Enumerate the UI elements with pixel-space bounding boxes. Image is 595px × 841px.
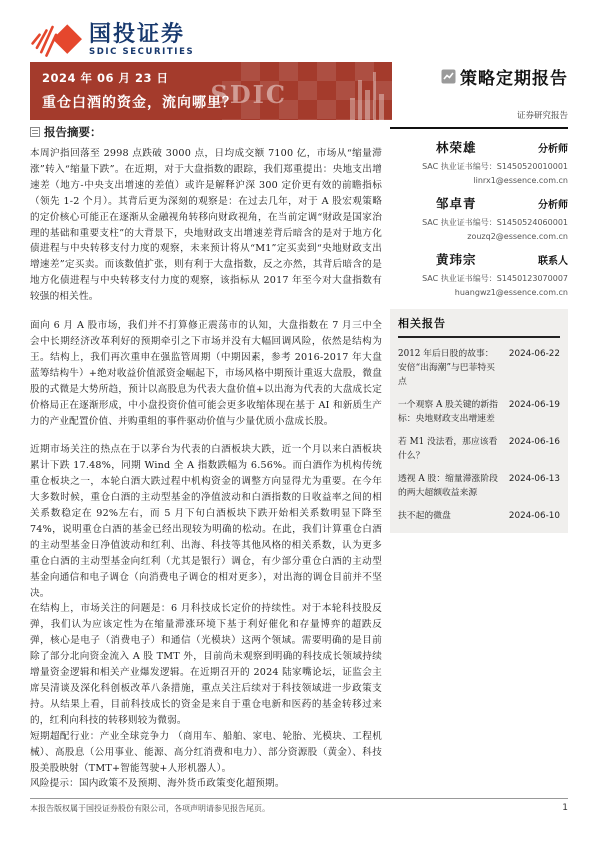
summary-paragraph: 在结构上，市场关注的问题是：6 月科技成长定价的持续性。对于本轮科技股反弹，我们… bbox=[30, 601, 382, 728]
related-report-title[interactable]: 扶不起的微盘 bbox=[398, 509, 500, 523]
brand-logo: 国投证券 SDIC SECURITIES bbox=[30, 20, 194, 60]
report-category-label: 证券研究报告 bbox=[390, 109, 568, 121]
page-footer: 本报告版权属于国投证券股份有限公司，各项声明请参见报告尾页。 1 bbox=[30, 798, 568, 814]
summary-heading: 报告摘要： bbox=[30, 124, 382, 140]
related-report-title[interactable]: 2012 年后日股的故事：安倍“出海潮”与巴菲特买点 bbox=[398, 347, 500, 389]
report-body: 报告摘要： 本周沪指回落至 2998 点跌破 3000 点，日均成交额 7100… bbox=[30, 124, 382, 792]
brand-name-cn: 国投证券 bbox=[89, 23, 194, 46]
related-reports-title: 相关报告 bbox=[398, 315, 560, 338]
analyst-sac: SAC 执业证书编号：S1450123070007 bbox=[390, 273, 568, 284]
summary-paragraph: 风险提示：国内政策不及预期、海外货币政策变化超预期。 bbox=[30, 776, 382, 792]
footer-disclaimer: 本报告版权属于国投证券股份有限公司，各项声明请参见报告尾页。 bbox=[30, 803, 270, 814]
sidebar: 策略定期报告 证券研究报告 林荣雄 分析师 SAC 执业证书编号：S145052… bbox=[390, 62, 568, 533]
summary-paragraph: 近期市场关注的热点在于以茅台为代表的白酒板块大跌，近一个月以来白酒板块累计下跌 … bbox=[30, 442, 382, 601]
analyst-block: 林荣雄 分析师 SAC 执业证书编号：S1450520010001 linrx1… bbox=[390, 138, 568, 185]
summary-list-icon bbox=[30, 127, 40, 137]
related-report-date: 2024-06-22 bbox=[509, 347, 560, 389]
analyst-name: 邹卓青 bbox=[436, 194, 477, 212]
title-banner: SDIC 2024 年 06 月 23 日 重仓白酒的资金，流向哪里？ bbox=[30, 62, 392, 120]
report-page: 国投证券 SDIC SECURITIES SDIC 2024 年 06 月 23… bbox=[0, 0, 595, 841]
report-title: 重仓白酒的资金，流向哪里？ bbox=[42, 92, 237, 112]
chart-icon bbox=[441, 69, 456, 84]
related-report-title[interactable]: 透视 A 股：缩量滞涨阶段的两大超额收益来源 bbox=[398, 472, 500, 500]
analyst-email[interactable]: linrx1@essence.com.cn bbox=[390, 176, 568, 185]
analyst-name: 林荣雄 bbox=[436, 138, 477, 156]
analyst-email[interactable]: zouzq2@essence.com.cn bbox=[390, 232, 568, 241]
report-type: 策略定期报告 bbox=[390, 64, 568, 89]
related-report-item[interactable]: 一个观察 A 股关键的新指标：央地财政支出增速差 2024-06-19 bbox=[398, 398, 560, 426]
analyst-role: 分析师 bbox=[538, 140, 568, 155]
analyst-role: 分析师 bbox=[538, 196, 568, 211]
building-graphic bbox=[350, 72, 384, 120]
summary-paragraph: 本周沪指回落至 2998 点跌破 3000 点，日均成交额 7100 亿，市场从… bbox=[30, 146, 382, 305]
summary-heading-label: 报告摘要： bbox=[44, 124, 102, 140]
related-report-date: 2024-06-10 bbox=[509, 509, 560, 523]
sdic-logo-mark-icon bbox=[30, 20, 82, 60]
summary-paragraph: 面向 6 月 A 股市场，我们并不打算修正震荡市的认知，大盘指数在 7 月三中全… bbox=[30, 318, 382, 429]
summary-paragraph: 短期超配行业：产业全球竞争力 （商用车、船舶、家电、轮胎、光模块、工程机械）、高… bbox=[30, 729, 382, 777]
related-report-item[interactable]: 2012 年后日股的故事：安倍“出海潮”与巴菲特买点 2024-06-22 bbox=[398, 347, 560, 389]
related-report-date: 2024-06-19 bbox=[509, 398, 560, 426]
analyst-sac: SAC 执业证书编号：S1450524060001 bbox=[390, 217, 568, 228]
analyst-block: 邹卓青 分析师 SAC 执业证书编号：S1450524060001 zouzq2… bbox=[390, 194, 568, 241]
report-date: 2024 年 06 月 23 日 bbox=[42, 70, 169, 86]
report-type-label: 策略定期报告 bbox=[460, 64, 568, 89]
related-report-item[interactable]: 扶不起的微盘 2024-06-10 bbox=[398, 509, 560, 523]
sidebar-divider bbox=[390, 127, 568, 129]
related-report-title[interactable]: 一个观察 A 股关键的新指标：央地财政支出增速差 bbox=[398, 398, 500, 426]
analyst-name: 黄玮宗 bbox=[436, 250, 477, 268]
analyst-email[interactable]: huangwz1@essence.com.cn bbox=[390, 288, 568, 297]
analyst-sac: SAC 执业证书编号：S1450520010001 bbox=[390, 161, 568, 172]
related-reports-panel: 相关报告 2012 年后日股的故事：安倍“出海潮”与巴菲特买点 2024-06-… bbox=[390, 309, 568, 533]
analyst-block: 黄玮宗 联系人 SAC 执业证书编号：S1450123070007 huangw… bbox=[390, 250, 568, 297]
related-report-date: 2024-06-16 bbox=[509, 435, 560, 463]
brand-name-en: SDIC SECURITIES bbox=[89, 47, 194, 57]
related-report-date: 2024-06-13 bbox=[509, 472, 560, 500]
related-report-item[interactable]: 若 M1 没法看，那应该看什么？ 2024-06-16 bbox=[398, 435, 560, 463]
page-number: 1 bbox=[562, 803, 568, 813]
related-report-title[interactable]: 若 M1 没法看，那应该看什么？ bbox=[398, 435, 500, 463]
related-report-item[interactable]: 透视 A 股：缩量滞涨阶段的两大超额收益来源 2024-06-13 bbox=[398, 472, 560, 500]
analyst-role: 联系人 bbox=[538, 252, 568, 267]
banner-art: SDIC bbox=[222, 62, 392, 120]
